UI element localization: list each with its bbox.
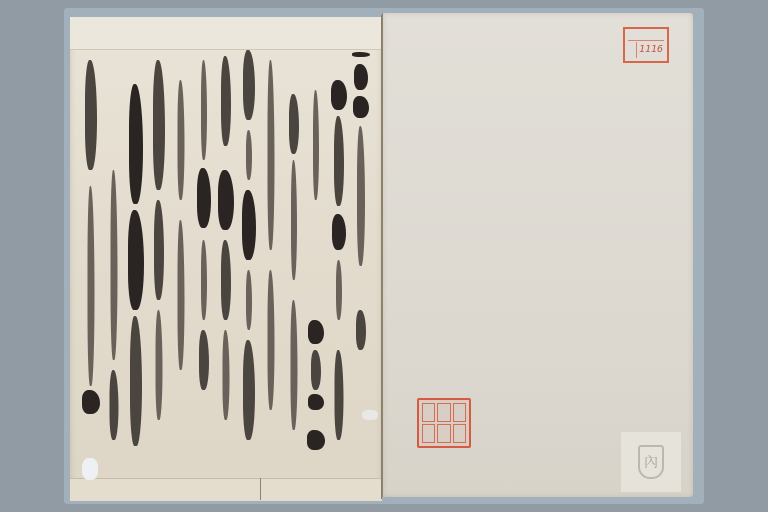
seal-glyph	[437, 403, 450, 422]
seal-glyph	[437, 424, 450, 443]
fold-mark	[260, 478, 261, 500]
inventory-stamp: 1116	[623, 27, 669, 63]
text-column	[307, 50, 325, 460]
text-column	[240, 50, 258, 460]
text-column	[105, 50, 123, 460]
text-column	[352, 50, 370, 460]
inventory-number: 1116	[639, 44, 663, 55]
paper-tear	[362, 410, 378, 420]
text-column	[262, 50, 280, 460]
text-column	[330, 50, 348, 460]
document-viewer: 1116 內	[0, 0, 768, 512]
left-page-bottom-margin	[70, 478, 382, 501]
stamp-side	[628, 42, 637, 58]
ownership-seal	[417, 398, 471, 448]
text-column	[150, 50, 168, 460]
text-column	[172, 50, 190, 460]
institution-logo-icon: 內	[638, 445, 664, 479]
paper-tear	[82, 458, 98, 480]
handwritten-text-columns	[76, 50, 376, 460]
stamp-header	[628, 31, 664, 41]
text-column	[127, 50, 145, 460]
text-column	[285, 50, 303, 460]
text-column	[82, 50, 100, 460]
left-page-top-margin	[70, 17, 382, 50]
text-column	[217, 50, 235, 460]
watermark: 內	[621, 432, 681, 492]
text-column	[195, 50, 213, 460]
seal-glyph	[422, 424, 435, 443]
seal-glyph	[453, 424, 466, 443]
seal-glyph	[453, 403, 466, 422]
seal-glyph	[422, 403, 435, 422]
